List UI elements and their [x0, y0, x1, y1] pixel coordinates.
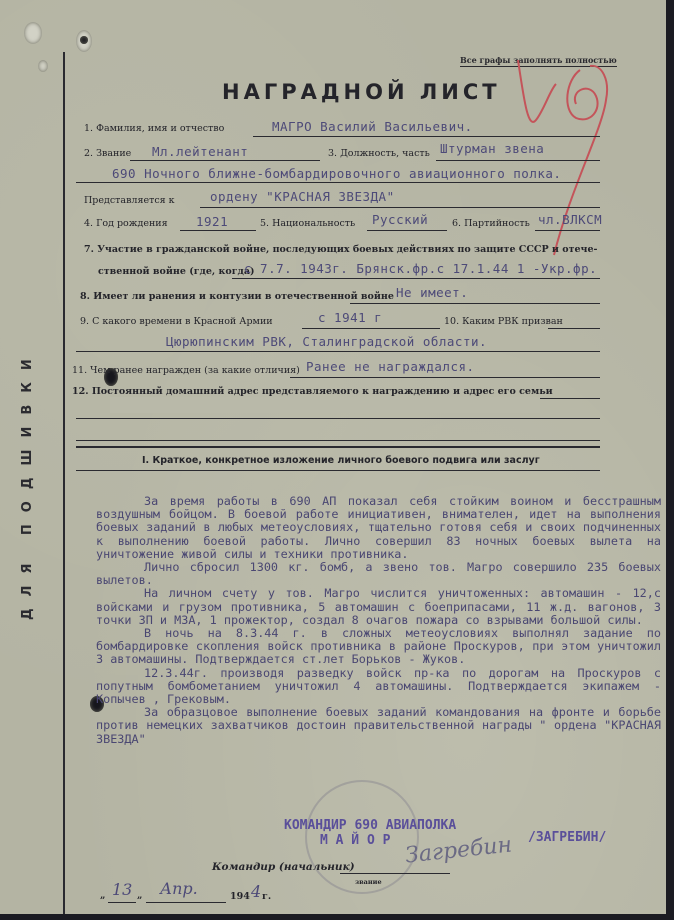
field-wounds-value: Не имеет. [396, 285, 468, 300]
field-rule [535, 230, 600, 231]
field-birth-year-value: 1921 [196, 214, 228, 229]
feat-paragraph: На личном счету у тов. Магро числится ун… [96, 587, 661, 627]
field-army-since-value: с 1941 г [318, 310, 382, 325]
field-rule [76, 182, 600, 183]
feat-paragraph: За образцовое выполнение боевых заданий … [96, 706, 661, 746]
field-rule [76, 470, 600, 471]
field-address-label: 12. Постоянный домашний адрес представля… [72, 386, 553, 397]
field-combat-label: 7. Участие в гражданской войне, последую… [84, 244, 598, 255]
field-rank-value: Мл.лейтенант [152, 144, 248, 159]
field-nationality-value: Русский [372, 212, 428, 227]
feat-paragraph: За время работы в 690 АП показал себя ст… [96, 495, 661, 561]
field-rvk-label: 10. Каким РВК призван [444, 316, 563, 327]
presented-for-label: Представляется к [84, 195, 175, 206]
field-army-since-label: 9. С какого времени в Красной Армии [80, 316, 273, 327]
award-sheet-page: ДЛЯ ПОДШИВКИ Все графы заполнять полност… [0, 0, 666, 914]
date-year-g: г. [262, 891, 271, 902]
field-rule [76, 418, 600, 419]
field-rule [534, 398, 600, 399]
field-rule [200, 207, 600, 208]
field-party-value: чл.ВЛКСМ [538, 212, 602, 227]
field-name-label: 1. Фамилия, имя и отчество [84, 123, 224, 134]
punch-hole [80, 36, 88, 44]
field-rule [350, 303, 600, 304]
field-rule [146, 902, 226, 903]
stamp-rank-line: М А Й О Р [320, 833, 390, 848]
date-year-suffix: 4 [251, 882, 261, 901]
field-rule [548, 328, 600, 329]
field-rule [76, 440, 600, 441]
field-position-value: Штурман звена [440, 141, 544, 156]
punch-hole [38, 60, 48, 72]
field-birth-year-label: 4. Год рождения [84, 218, 168, 229]
feat-description: За время работы в 690 АП показал себя ст… [96, 495, 661, 746]
binding-label: ДЛЯ ПОДШИВКИ [20, 347, 35, 620]
field-prior-awards-label: 11. Чем ранее награжден (за какие отличи… [72, 365, 300, 376]
field-rule [232, 278, 600, 279]
field-rule [367, 230, 447, 231]
field-rank-label: 2. Звание [84, 148, 131, 159]
commander-label: Командир (начальник) [212, 861, 355, 873]
feat-paragraph: В ночь на 8.3.44 г. в сложных метеоуслов… [96, 627, 661, 667]
handwritten-signature: Загребин [404, 832, 513, 868]
punch-hole [24, 22, 42, 44]
field-rule [340, 873, 450, 874]
field-rule [130, 160, 320, 161]
stamp-commander-line: КОМАНДИР 690 АВИАПОЛКА [284, 818, 456, 833]
field-unit-value: 690 Ночного ближне-бомбардировочного ави… [112, 166, 561, 181]
field-name-value: МАГРО Василий Васильевич. [272, 119, 473, 134]
field-rule [436, 160, 600, 161]
presented-for-value: ордену "КРАСНАЯ ЗВЕЗДА" [210, 189, 395, 204]
stamp-name: /ЗАГРЕБИН/ [528, 830, 606, 845]
section-divider [76, 446, 600, 448]
field-rule [76, 351, 600, 352]
date-day: 13 [112, 880, 132, 899]
field-rule [302, 328, 440, 329]
field-rule [290, 377, 600, 378]
field-position-label: 3. Должность, часть [328, 148, 430, 159]
date-year-prefix: 194 [230, 891, 250, 902]
field-rule [253, 136, 600, 137]
field-combat-label-cont: ственной войне (где, когда) [98, 266, 255, 277]
date-quote: „ [100, 890, 105, 901]
field-nationality-label: 5. Национальность [260, 218, 355, 229]
field-combat-value: с 7.7. 1943г. Брянск.фр.с 17.1.44 1 -Укр… [244, 261, 597, 276]
date-quote: „ [137, 890, 142, 901]
field-wounds-label: 8. Имеет ли ранения и контузии в отечест… [80, 291, 394, 302]
feat-paragraph: 12.3.44г. производя разведку войск пр-ка… [96, 667, 661, 707]
feat-paragraph: Лично сбросил 1300 кг. бомб, а звено тов… [96, 561, 661, 587]
field-rule [108, 902, 136, 903]
field-rvk-value: Цюрюпинским РВК, Сталинградской области. [166, 334, 487, 349]
field-rule [180, 230, 256, 231]
document-title: НАГРАДНОЙ ЛИСТ [222, 80, 501, 104]
rank-caption: звание [355, 878, 382, 886]
date-month: Апр. [160, 879, 198, 898]
section-heading: I. Краткое, конкретное изложение личного… [142, 455, 540, 466]
field-party-label: 6. Партийность [452, 218, 530, 229]
redacted-address [110, 397, 540, 413]
binding-margin-line [63, 52, 65, 914]
field-prior-awards-value: Ранее не награждался. [306, 359, 475, 374]
